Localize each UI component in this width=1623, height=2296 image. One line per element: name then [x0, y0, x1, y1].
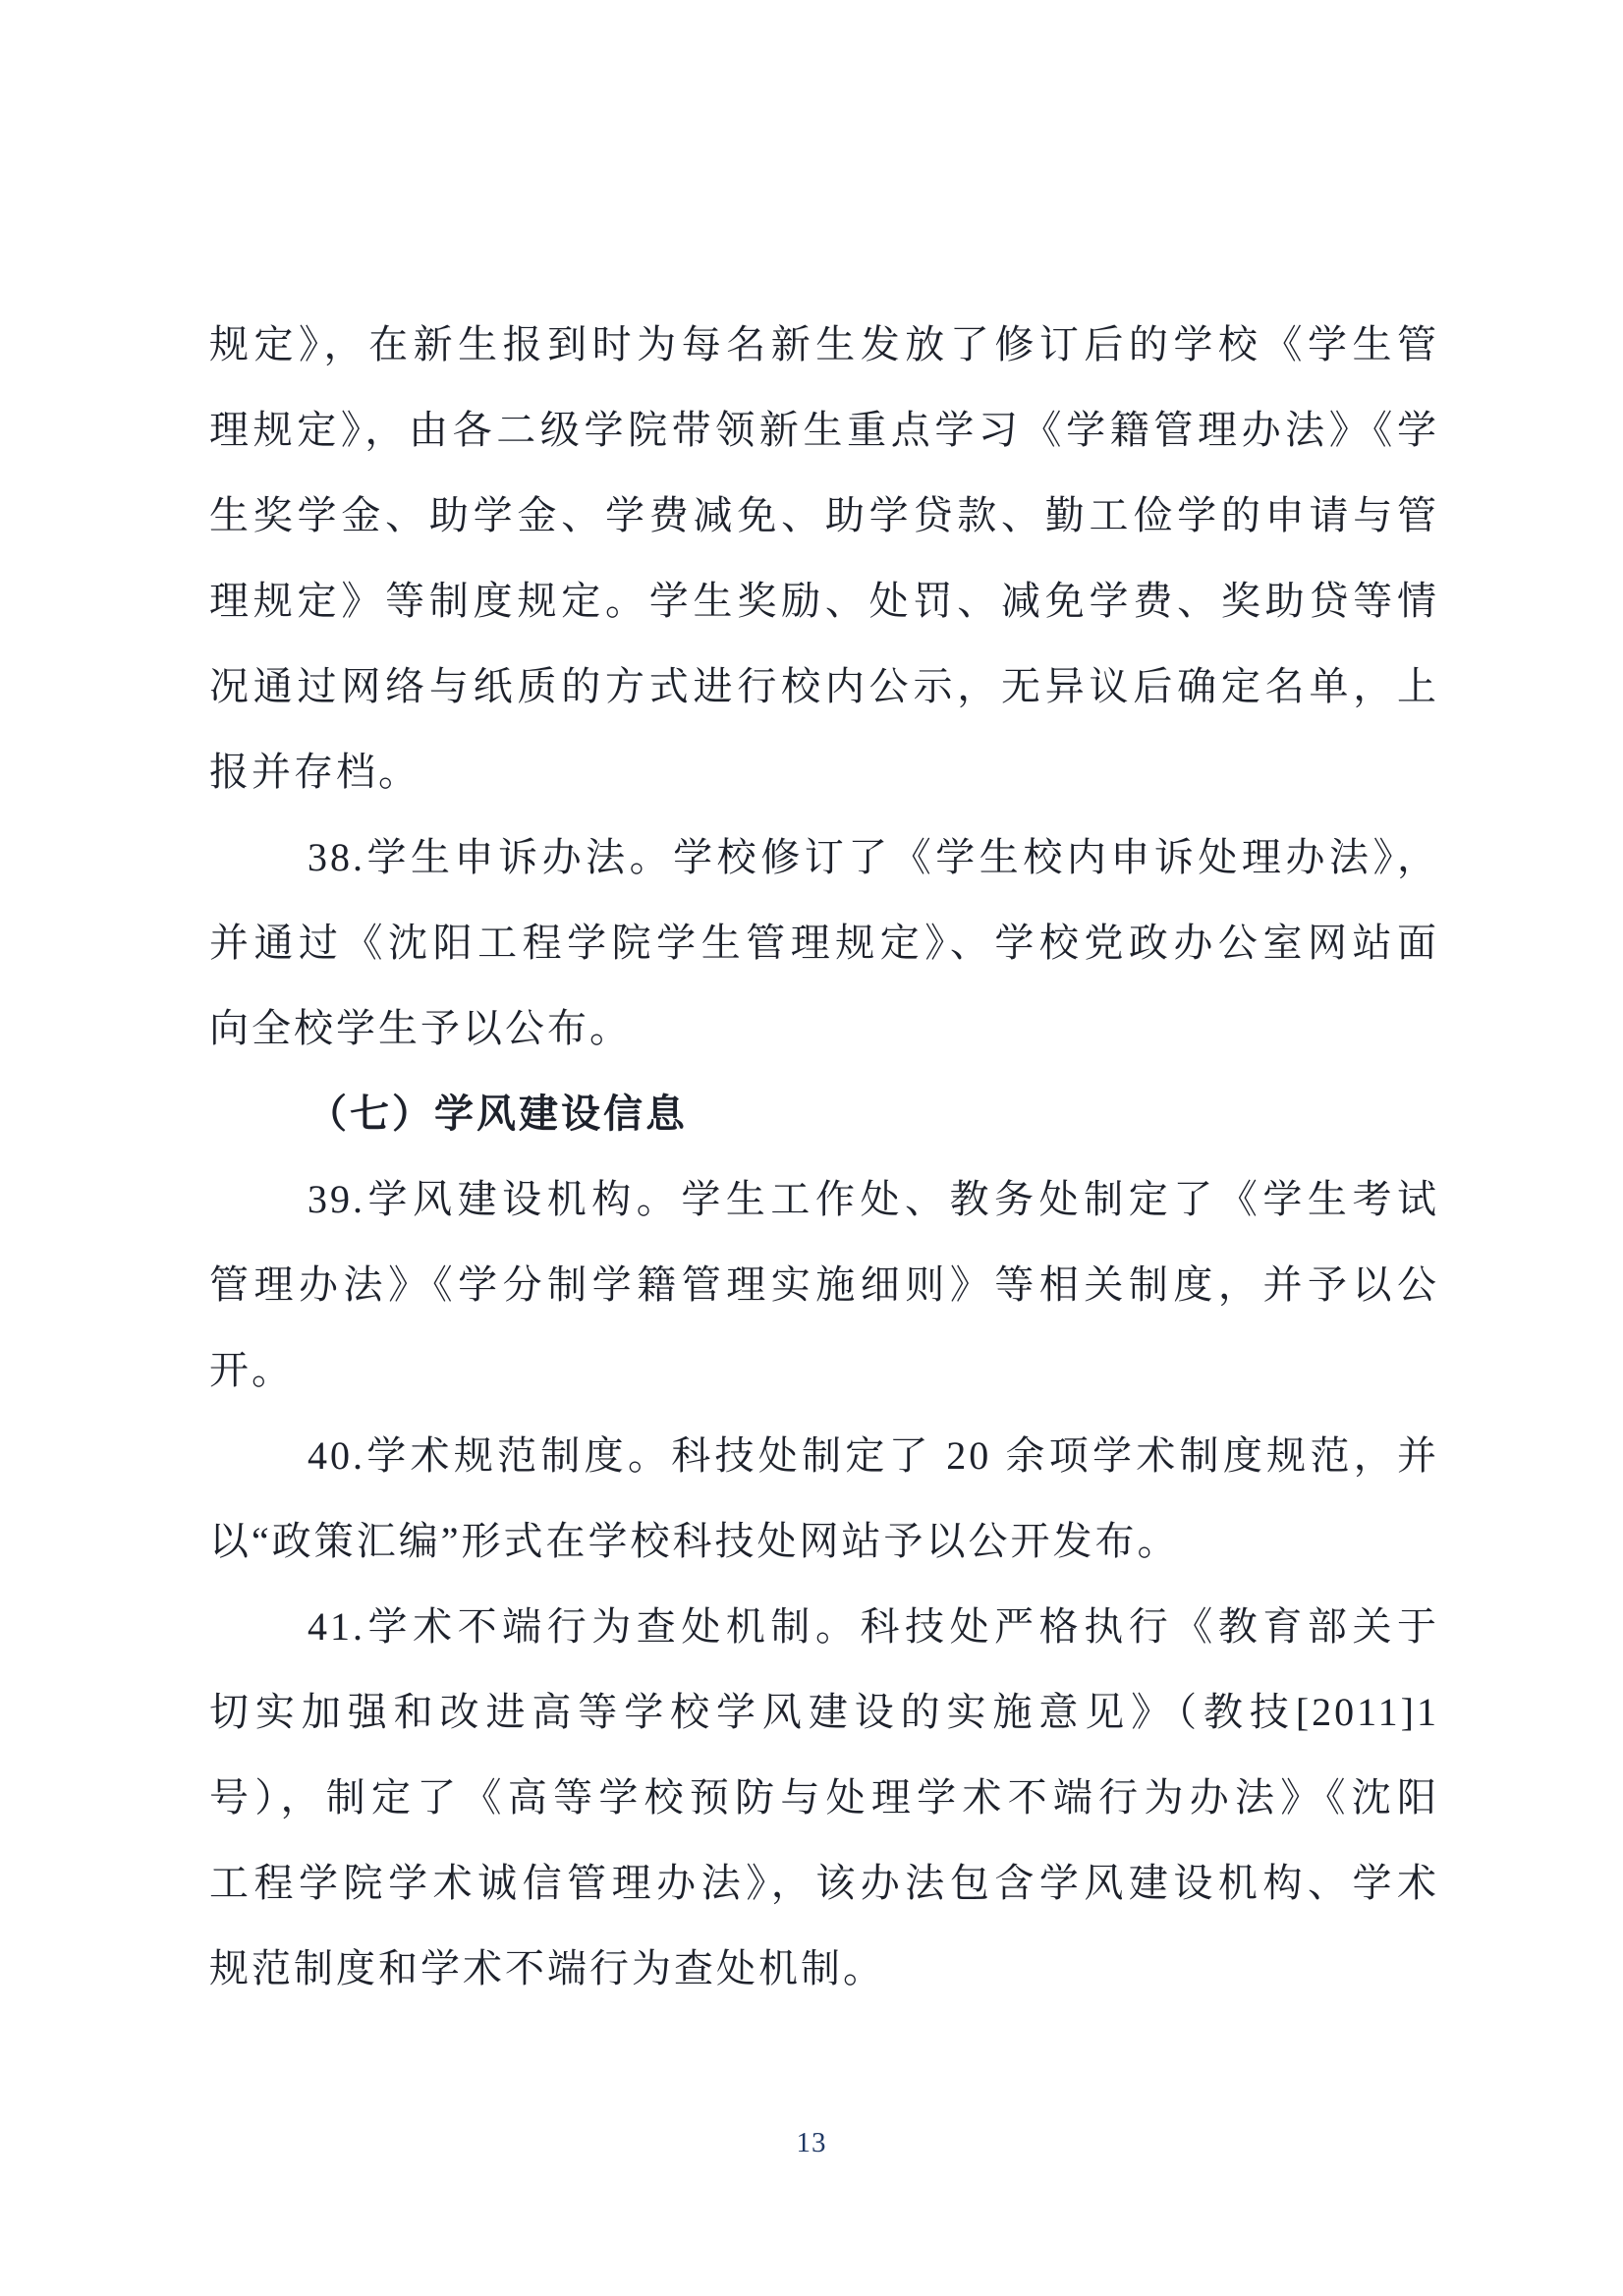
- document-page: 规定》，在新生报到时为每名新生发放了修订后的学校《学生管理规定》，由各二级学院带…: [0, 0, 1623, 2296]
- text-line: 况通过网络与纸质的方式进行校内公示，无异议后确定名单，上: [209, 644, 1439, 729]
- text-line: 以“政策汇编”形式在学校科技处网站予以公开发布。: [209, 1498, 1439, 1584]
- section-heading: （七）学风建设信息: [209, 1071, 1439, 1156]
- text-line: 号），制定了《高等学校预防与处理学术不端行为办法》《沈阳: [209, 1755, 1439, 1840]
- text-line: 并通过《沈阳工程学院学生管理规定》、学校党政办公室网站面: [209, 900, 1439, 985]
- text-line: 管理办法》《学分制学籍管理实施细则》等相关制度，并予以公: [209, 1242, 1439, 1327]
- text-line: 工程学院学术诚信管理办法》，该办法包含学风建设机构、学术: [209, 1840, 1439, 1926]
- text-line: 规范制度和学术不端行为查处机制。: [209, 1926, 1439, 2011]
- text-line: 理规定》，由各二级学院带领新生重点学习《学籍管理办法》《学: [209, 387, 1439, 473]
- text-line: 生奖学金、助学金、学费减免、助学贷款、勤工俭学的申请与管: [209, 473, 1439, 558]
- text-line: 理规定》等制度规定。学生奖励、处罚、减免学费、奖助贷等情: [209, 558, 1439, 644]
- document-body: 规定》，在新生报到时为每名新生发放了修订后的学校《学生管理规定》，由各二级学院带…: [209, 302, 1439, 2011]
- page-footer: 13: [0, 2125, 1623, 2160]
- text-line: 切实加强和改进高等学校学风建设的实施意见》（教技[2011]1: [209, 1669, 1439, 1755]
- text-line: 规定》，在新生报到时为每名新生发放了修订后的学校《学生管: [209, 302, 1439, 387]
- text-line: 向全校学生予以公布。: [209, 985, 1439, 1071]
- page-number: 13: [797, 2127, 827, 2158]
- text-line: 报并存档。: [209, 729, 1439, 814]
- text-line: 40.学术规范制度。科技处制定了 20 余项学术制度规范，并: [209, 1413, 1439, 1498]
- text-line: 39.学风建设机构。学生工作处、教务处制定了《学生考试: [209, 1156, 1439, 1242]
- text-line: 38.学生申诉办法。学校修订了《学生校内申诉处理办法》，: [209, 814, 1439, 900]
- text-line: 开。: [209, 1327, 1439, 1413]
- text-line: 41.学术不端行为查处机制。科技处严格执行《教育部关于: [209, 1584, 1439, 1669]
